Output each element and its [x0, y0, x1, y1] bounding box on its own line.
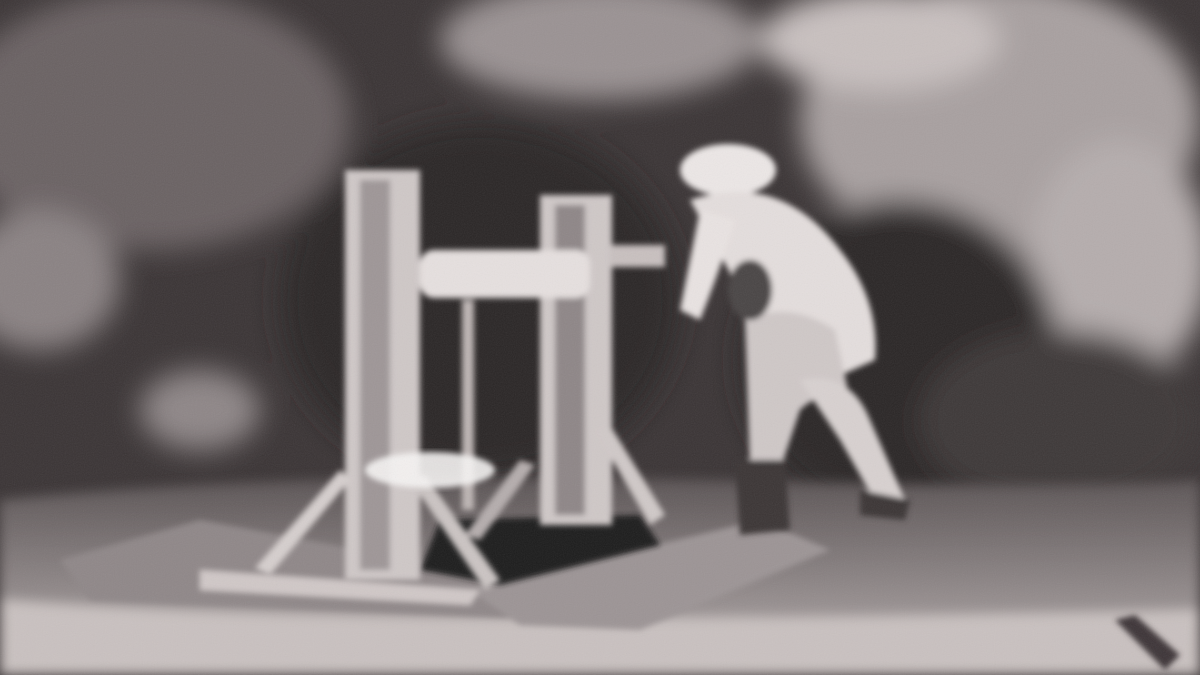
- historical-photograph: [0, 0, 1200, 675]
